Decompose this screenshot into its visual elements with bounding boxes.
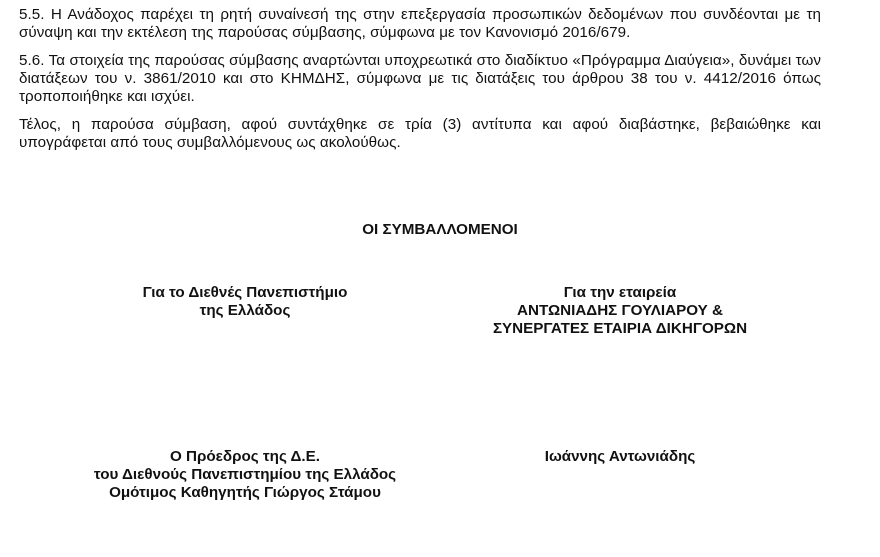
clause-5-6: 5.6. Τα στοιχεία της παρούσας σύμβασης α… bbox=[19, 52, 821, 106]
clause-5-5: 5.5. Η Ανάδοχος παρέχει τη ρητή συναίνεσ… bbox=[19, 6, 821, 42]
party-law-firm-line: ΣΥΝΕΡΓΑΤΕΣ ΕΤΑΙΡΙΑ ΔΙΚΗΓΟΡΩΝ bbox=[440, 320, 800, 338]
signatory-university: Ο Πρόεδρος της Δ.Ε. του Διεθνούς Πανεπισ… bbox=[40, 448, 450, 502]
document-body: 5.5. Η Ανάδοχος παρέχει τη ρητή συναίνεσ… bbox=[19, 6, 821, 162]
signatory-law-firm-name: Ιωάννης Αντωνιάδης bbox=[480, 448, 760, 466]
signatory-university-line: Ομότιμος Καθηγητής Γιώργος Στάμου bbox=[40, 484, 450, 502]
party-university-line: Για το Διεθνές Πανεπιστήμιο bbox=[60, 284, 430, 302]
closing-paragraph: Τέλος, η παρούσα σύμβαση, αφού συντάχθηκ… bbox=[19, 116, 821, 152]
party-law-firm-line: ΑΝΤΩΝΙΑΔΗΣ ΓΟΥΛΙΑΡΟΥ & bbox=[440, 302, 800, 320]
contracting-parties-heading: ΟΙ ΣΥΜΒΑΛΛΟΜΕΝΟΙ bbox=[0, 221, 880, 239]
signatory-university-line: του Διεθνούς Πανεπιστημίου της Ελλάδος bbox=[40, 466, 450, 484]
party-university: Για το Διεθνές Πανεπιστήμιο της Ελλάδος bbox=[60, 284, 430, 320]
party-university-line: της Ελλάδος bbox=[60, 302, 430, 320]
signatory-law-firm: Ιωάννης Αντωνιάδης bbox=[480, 448, 760, 466]
signatory-university-line: Ο Πρόεδρος της Δ.Ε. bbox=[40, 448, 450, 466]
party-law-firm: Για την εταιρεία ΑΝΤΩΝΙΑΔΗΣ ΓΟΥΛΙΑΡΟΥ & … bbox=[440, 284, 800, 338]
party-law-firm-line: Για την εταιρεία bbox=[440, 284, 800, 302]
